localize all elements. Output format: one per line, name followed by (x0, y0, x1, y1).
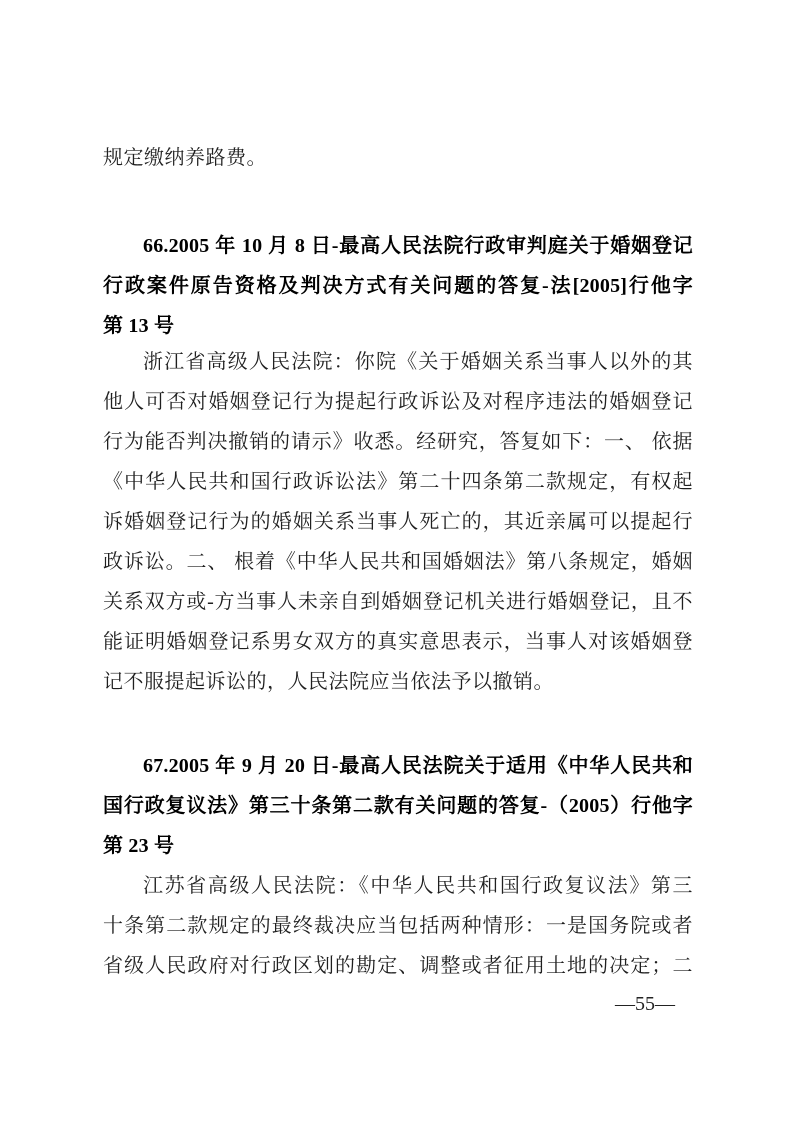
entry-67-heading: 67.2005 年 9 月 20 日-最高人民法院关于适用《中华人民共和 国行政… (103, 746, 693, 866)
heading-line: 66.2005 年 10 月 8 日-最高人民法院行政审判庭关于婚姻登记 (103, 226, 693, 266)
heading-line: 行政案件原告资格及判决方式有关问题的答复-法[2005]行他字 (103, 266, 693, 306)
entry-66-body: 浙江省高级人民法院：你院《关于婚姻关系当事人以外的其 他人可否对婚姻登记行为提起… (103, 342, 693, 702)
text-line: 政诉讼。二、 根着《中华人民共和国婚姻法》第八条规定，婚姻 (103, 542, 693, 582)
text-line: 江苏省高级人民法院：《中华人民共和国行政复议法》第三 (103, 866, 693, 906)
text-line: 能证明婚姻登记系男女双方的真实意思表示，当事人对该婚姻登 (103, 622, 693, 662)
text-line: 记不服提起诉讼的，人民法院应当依法予以撤销。 (103, 662, 693, 702)
document-page: 规定缴纳养路费。 66.2005 年 10 月 8 日-最高人民法院行政审判庭关… (0, 0, 793, 1122)
heading-line: 国行政复议法》第三十条第二款有关问题的答复-（2005）行他字 (103, 786, 693, 826)
heading-line: 67.2005 年 9 月 20 日-最高人民法院关于适用《中华人民共和 (103, 746, 693, 786)
text-line: 《中华人民共和国行政诉讼法》第二十四条第二款规定，有权起 (103, 462, 693, 502)
text-line: 省级人民政府对行政区划的勘定、调整或者征用土地的决定；二 (103, 946, 693, 986)
text-line: 他人可否对婚姻登记行为提起行政诉讼及对程序违法的婚姻登记 (103, 382, 693, 422)
heading-line: 第 23 号 (103, 826, 693, 866)
page-number: —55— (615, 992, 675, 1016)
text-line: 规定缴纳养路费。 (103, 138, 693, 178)
text-line: 行为能否判决撤销的请示》收悉。经研究，答复如下：一、 依据 (103, 422, 693, 462)
text-line: 浙江省高级人民法院：你院《关于婚姻关系当事人以外的其 (103, 342, 693, 382)
entry-67-body: 江苏省高级人民法院：《中华人民共和国行政复议法》第三 十条第二款规定的最终裁决应… (103, 866, 693, 986)
text-line: 诉婚姻登记行为的婚姻关系当事人死亡的，其近亲属可以提起行 (103, 502, 693, 542)
continuation-paragraph: 规定缴纳养路费。 (103, 138, 693, 178)
entry-66-heading: 66.2005 年 10 月 8 日-最高人民法院行政审判庭关于婚姻登记 行政案… (103, 226, 693, 346)
text-line: 关系双方或-方当事人未亲自到婚姻登记机关进行婚姻登记，且不 (103, 582, 693, 622)
heading-line: 第 13 号 (103, 306, 693, 346)
text-line: 十条第二款规定的最终裁决应当包括两种情形：一是国务院或者 (103, 906, 693, 946)
